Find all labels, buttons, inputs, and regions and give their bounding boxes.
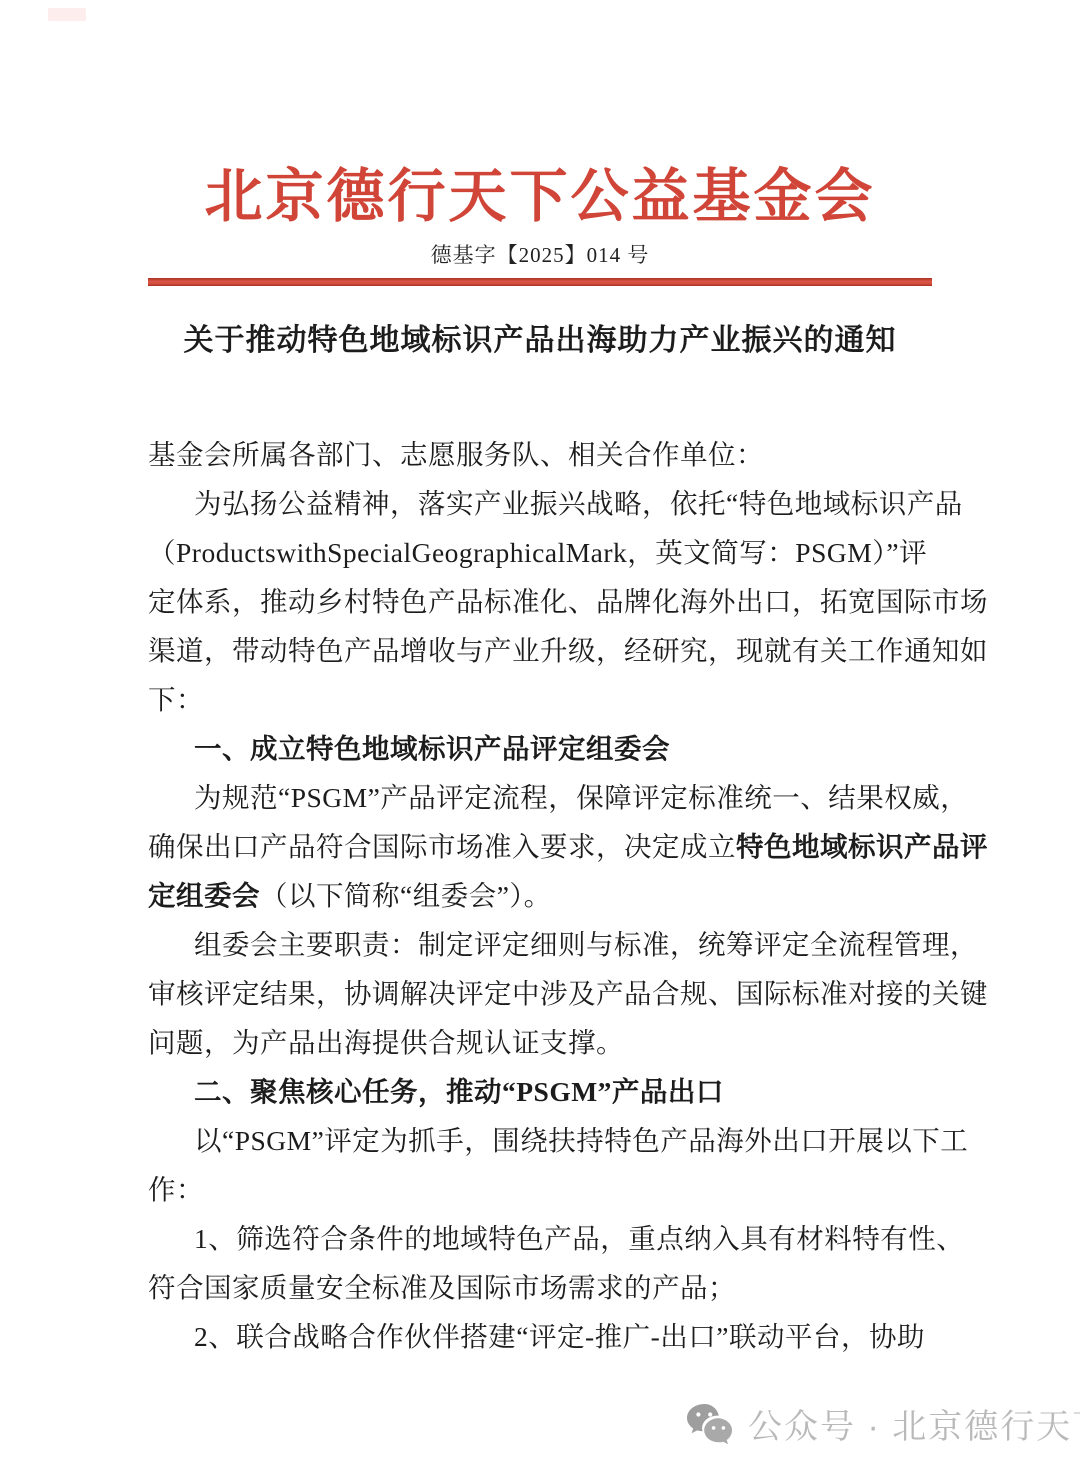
document-line: （ProductswithSpecialGeographicalMark，英文简… <box>148 528 940 577</box>
text-segment: 确保出口产品符合国际市场准入要求，决定成立 <box>148 831 736 862</box>
text-segment: 为规范“PSGM”产品评定流程，保障评定标准统一、结果权威， <box>194 782 968 813</box>
document-line: 下： <box>148 675 940 724</box>
text-segment: 审核评定结果，协调解决评定中涉及产品合规、国际标准对接的关键 <box>148 978 988 1009</box>
text-segment: 1、筛选符合条件的地域特色产品，重点纳入具有材料特有性、 <box>194 1223 964 1254</box>
document-line: 以“PSGM”评定为抓手，围绕扶持特色产品海外出口开展以下工 <box>148 1116 940 1165</box>
text-segment: 定体系，推动乡村特色产品标准化、品牌化海外出口，拓宽国际市场 <box>148 586 988 617</box>
document-line: 2、联合战略合作伙伴搭建“评定-推广-出口”联动平台，协助 <box>148 1312 940 1361</box>
document-title: 关于推动特色地域标识产品出海助力产业振兴的通知 <box>0 320 1080 362</box>
text-segment: 符合国家质量安全标准及国际市场需求的产品； <box>148 1272 736 1303</box>
document-page: 北京德行天下公益基金会 德基字【2025】014 号 关于推动特色地域标识产品出… <box>0 0 1080 1481</box>
document-line: 审核评定结果，协调解决评定中涉及产品合规、国际标准对接的关键 <box>148 969 940 1018</box>
text-segment: 组委会主要职责：制定评定细则与标准，统筹评定全流程管理， <box>194 929 978 960</box>
text-segment: （ProductswithSpecialGeographicalMark，英文简… <box>148 537 927 568</box>
scan-smudge <box>48 8 86 21</box>
document-line: 确保出口产品符合国际市场准入要求，决定成立特色地域标识产品评 <box>148 822 940 871</box>
text-segment: 下： <box>148 684 204 715</box>
wechat-watermark: 公众号 · 北京德行天下 <box>686 1399 1080 1448</box>
letterhead-red-rule <box>148 278 932 286</box>
document-line: 为规范“PSGM”产品评定流程，保障评定标准统一、结果权威， <box>148 773 940 822</box>
document-line: 组委会主要职责：制定评定细则与标准，统筹评定全流程管理， <box>148 920 940 969</box>
text-segment: 一、成立特色地域标识产品评定组委会 <box>194 733 670 764</box>
document-line: 为弘扬公益精神，落实产业振兴战略，依托“特色地域标识产品 <box>148 479 940 528</box>
watermark-label: 公众号 · 北京德行天下 <box>748 1399 1080 1448</box>
text-segment: 二、聚焦核心任务，推动“PSGM”产品出口 <box>194 1076 724 1107</box>
document-body: 基金会所属各部门、志愿服务队、相关合作单位：为弘扬公益精神，落实产业振兴战略，依… <box>0 430 1080 1361</box>
section-heading: 一、成立特色地域标识产品评定组委会 <box>148 724 940 773</box>
text-segment: 作： <box>148 1174 204 1205</box>
text-segment: 特色地域标识产品评 <box>736 831 988 862</box>
document-line: 渠道，带动特色产品增收与产业升级，经研究，现就有关工作通知如 <box>148 626 940 675</box>
text-segment: 2、联合战略合作伙伴搭建“评定-推广-出口”联动平台，协助 <box>194 1321 925 1352</box>
wechat-icon <box>686 1403 734 1445</box>
document-line: 符合国家质量安全标准及国际市场需求的产品； <box>148 1263 940 1312</box>
text-segment: （以下简称“组委会”）。 <box>260 880 552 911</box>
document-line: 定组委会（以下简称“组委会”）。 <box>148 871 940 920</box>
document-line: 问题，为产品出海提供合规认证支撑。 <box>148 1018 940 1067</box>
document-line: 作： <box>148 1165 940 1214</box>
document-number: 德基字【2025】014 号 <box>0 242 1080 268</box>
text-segment: 为弘扬公益精神，落实产业振兴战略，依托“特色地域标识产品 <box>194 488 963 519</box>
text-segment: 定组委会 <box>148 880 260 911</box>
letterhead-org-title: 北京德行天下公益基金会 <box>0 0 1080 236</box>
document-line: 1、筛选符合条件的地域特色产品，重点纳入具有材料特有性、 <box>148 1214 940 1263</box>
text-segment: 渠道，带动特色产品增收与产业升级，经研究，现就有关工作通知如 <box>148 635 988 666</box>
document-line: 基金会所属各部门、志愿服务队、相关合作单位： <box>148 430 940 479</box>
text-segment: 基金会所属各部门、志愿服务队、相关合作单位： <box>148 439 764 470</box>
document-line: 定体系，推动乡村特色产品标准化、品牌化海外出口，拓宽国际市场 <box>148 577 940 626</box>
section-heading: 二、聚焦核心任务，推动“PSGM”产品出口 <box>148 1067 940 1116</box>
text-segment: 问题，为产品出海提供合规认证支撑。 <box>148 1027 624 1058</box>
text-segment: 以“PSGM”评定为抓手，围绕扶持特色产品海外出口开展以下工 <box>194 1125 968 1156</box>
